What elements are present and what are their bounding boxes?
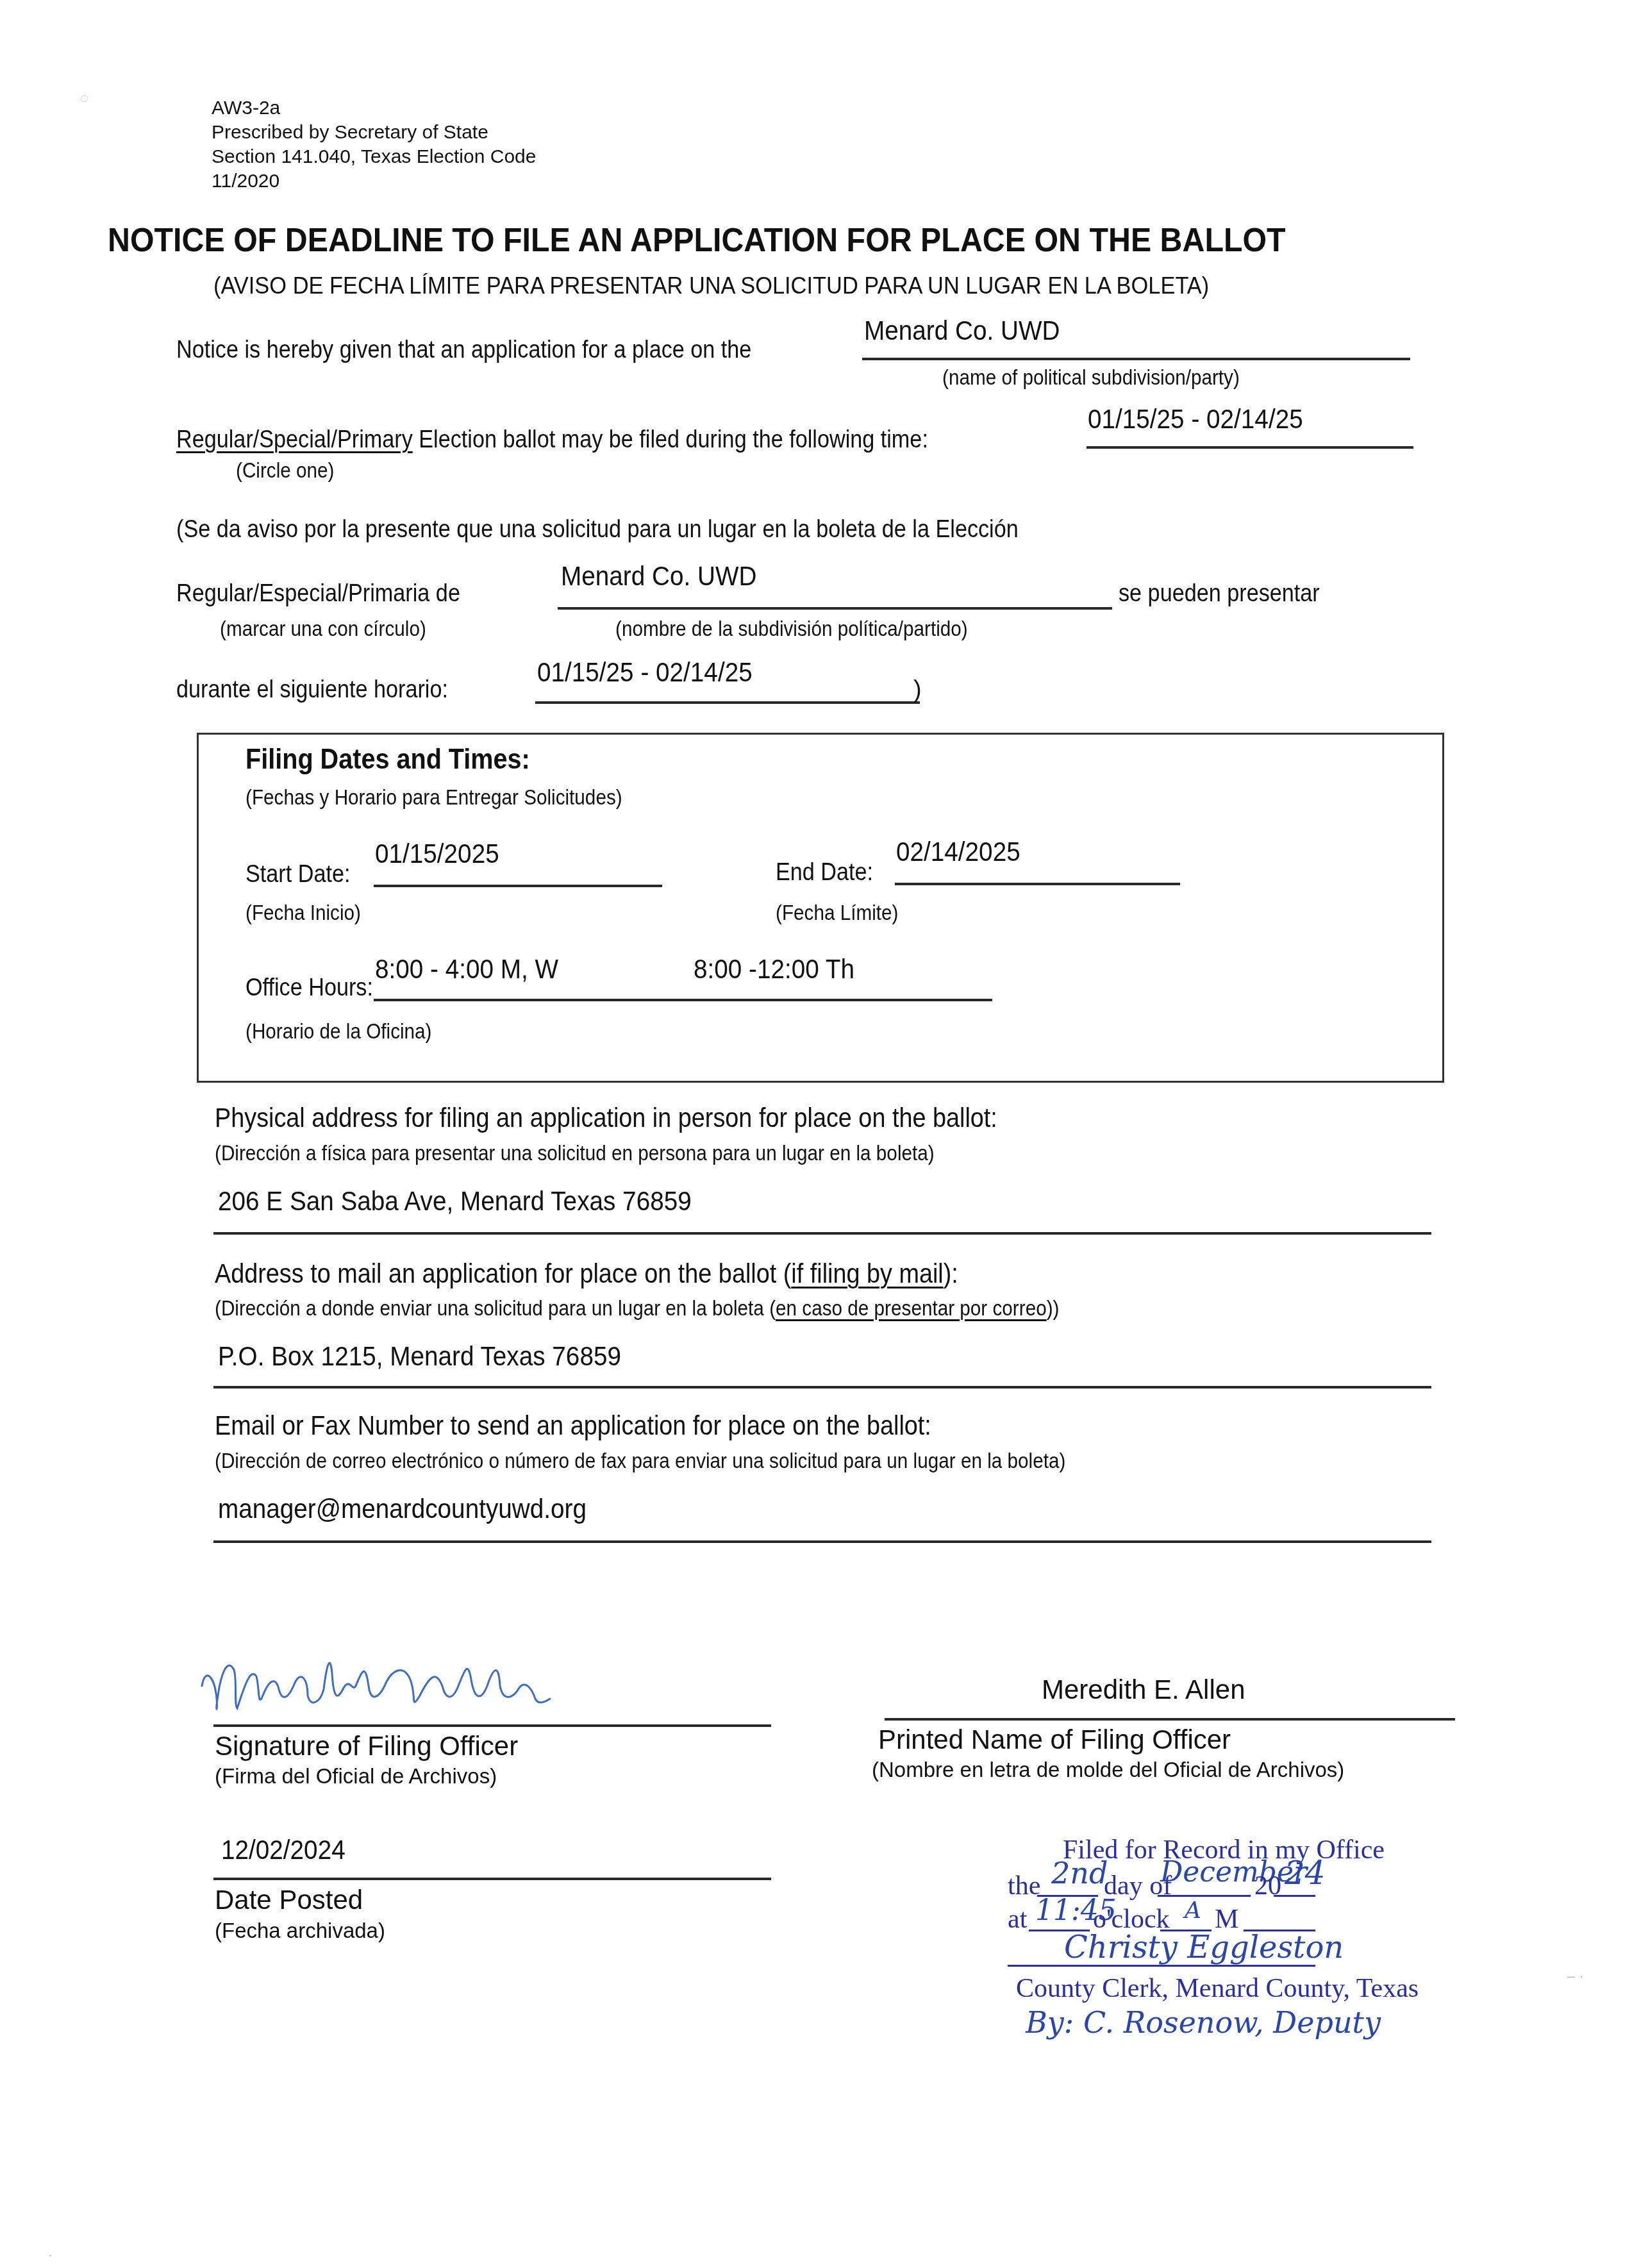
- subdivision-line: [862, 358, 1410, 360]
- scan-artifact-right: – ·: [1567, 1968, 1584, 1985]
- circle-one-caption: (Circle one): [236, 458, 346, 483]
- filing-period-line: [1087, 446, 1413, 449]
- page-title: NOTICE OF DEADLINE TO FILE AN APPLICATIO…: [108, 221, 1374, 260]
- page-title-text: NOTICE OF DEADLINE TO FILE AN APPLICATIO…: [108, 221, 1286, 260]
- signature-line: [213, 1724, 771, 1727]
- stamp-day-value: 2nd: [1051, 1856, 1108, 1890]
- notice-intro: Notice is hereby given that an applicati…: [176, 337, 815, 364]
- subdivision-value: Menard Co. UWD: [864, 315, 1081, 347]
- page-subtitle-text: (AVISO DE FECHA LÍMITE PARA PRESENTAR UN…: [213, 272, 1209, 299]
- page-subtitle-spanish: (AVISO DE FECHA LÍMITE PARA PRESENTAR UN…: [213, 272, 1284, 299]
- period-value-es: 01/15/25 - 02/14/25: [537, 657, 776, 688]
- filing-box-heading-es: (Fechas y Horario para Entregar Solicitu…: [246, 785, 664, 810]
- stamp-clerk-title: County Clerk, Menard County, Texas: [1016, 1973, 1419, 2004]
- printed-name-label-es: (Nombre en letra de molde del Oficial de…: [872, 1758, 1344, 1782]
- subdivision-line-es: [558, 607, 1112, 610]
- office-hours-label: Office Hours:: [246, 974, 387, 1002]
- filing-box-heading: Filing Dates and Times:: [246, 744, 562, 776]
- date-posted-line: [213, 1878, 771, 1880]
- date-posted-label-es: (Fecha archivada): [215, 1919, 385, 1943]
- printed-name-label: Printed Name of Filing Officer: [878, 1724, 1231, 1755]
- stamp-at: at: [1008, 1904, 1027, 1935]
- prescribed-by: Prescribed by Secretary of State: [212, 121, 488, 145]
- signature-label-es: (Firma del Oficial de Archivos): [215, 1764, 497, 1789]
- signature-label: Signature of Filing Officer: [215, 1731, 518, 1762]
- mail-address-label: Address to mail an application for place…: [215, 1258, 1041, 1289]
- end-date-line: [895, 883, 1180, 885]
- start-date-value: 01/15/2025: [375, 838, 513, 870]
- date-posted-label: Date Posted: [215, 1885, 363, 1915]
- period-line-es: [535, 701, 920, 704]
- circle-caption-es: (marcar una con círculo): [220, 617, 449, 641]
- office-hours-value-2: 8:00 -12:00 Th: [694, 954, 872, 985]
- start-date-line: [374, 885, 662, 887]
- office-hours-line: [374, 999, 992, 1001]
- physical-address-label: Physical address for filing an applicati…: [215, 1103, 1084, 1133]
- stamp-month-line: [1158, 1895, 1251, 1897]
- section-reference: Section 141.040, Texas Election Code: [212, 145, 536, 169]
- end-date-caption: (Fecha Límite): [776, 901, 912, 925]
- scan-artifact-bottom: ·: [48, 2247, 53, 2264]
- filing-officer-signature: [199, 1651, 686, 1728]
- stamp-deputy-signature: By: C. Rosenow, Deputy: [1026, 2005, 1381, 2040]
- end-date-label: End Date:: [776, 859, 884, 887]
- election-type-line: Regular/Special/Primary Election ballot …: [176, 426, 1012, 454]
- period-label-es: durante el siguiente horario:: [176, 676, 478, 704]
- subdivision-caption: (name of political subdivision/party): [942, 365, 1272, 390]
- scan-artifact: ◌: [80, 90, 88, 106]
- printed-name-line: [885, 1718, 1455, 1721]
- date-posted-value: 12/02/2024: [221, 1835, 359, 1866]
- physical-address-value: 206 E San Saba Ave, Menard Texas 76859: [218, 1186, 744, 1217]
- se-pueden-presentar: se pueden presentar: [1119, 580, 1342, 608]
- email-line: [213, 1540, 1431, 1543]
- subdivision-value-es: Menard Co. UWD: [561, 561, 778, 592]
- mail-address-line: [213, 1386, 1431, 1388]
- stamp-ampm-value: A: [1185, 1897, 1201, 1924]
- start-date-label: Start Date:: [246, 861, 362, 888]
- stamp-clerk-line: [1008, 1965, 1315, 1967]
- mail-address-value: P.O. Box 1215, Menard Texas 76859: [218, 1341, 666, 1372]
- email-fax-label-es: (Dirección de correo electrónico o númer…: [215, 1449, 1160, 1473]
- election-type-es: Regular/Especial/Primaria de: [176, 580, 492, 608]
- physical-address-label-es: (Dirección a física para presentar una s…: [215, 1141, 1014, 1165]
- stamp-year-line: [1274, 1895, 1315, 1897]
- subdivision-caption-es: (nombre de la subdivisión política/parti…: [615, 617, 1007, 641]
- printed-name-value: Meredith E. Allen: [1042, 1674, 1245, 1705]
- close-paren: ): [913, 676, 922, 704]
- end-date-value: 02/14/2025: [896, 837, 1034, 868]
- stamp-clerk-signature: Christy Eggleston: [1064, 1930, 1344, 1965]
- office-hours-value-1: 8:00 - 4:00 M, W: [375, 954, 579, 985]
- stamp-year-value: 24: [1285, 1855, 1326, 1892]
- office-hours-caption: (Horario de la Oficina): [246, 1019, 453, 1044]
- election-type-options[interactable]: Regular/Special/Primary: [176, 426, 413, 453]
- physical-address-line: [213, 1232, 1431, 1235]
- notice-intro-es: (Se da aviso por la presente que una sol…: [176, 516, 1112, 544]
- email-fax-label: Email or Fax Number to send an applicati…: [215, 1410, 1011, 1441]
- mail-address-label-es: (Dirección a donde enviar una solicitud …: [215, 1296, 1153, 1321]
- revision-date: 11/2020: [212, 169, 279, 194]
- filing-period-value: 01/15/25 - 02/14/25: [1088, 404, 1327, 435]
- form-id: AW3-2a: [212, 96, 280, 121]
- email-value: manager@menardcountyuwd.org: [218, 1494, 628, 1525]
- start-date-caption: (Fecha Inicio): [246, 901, 374, 925]
